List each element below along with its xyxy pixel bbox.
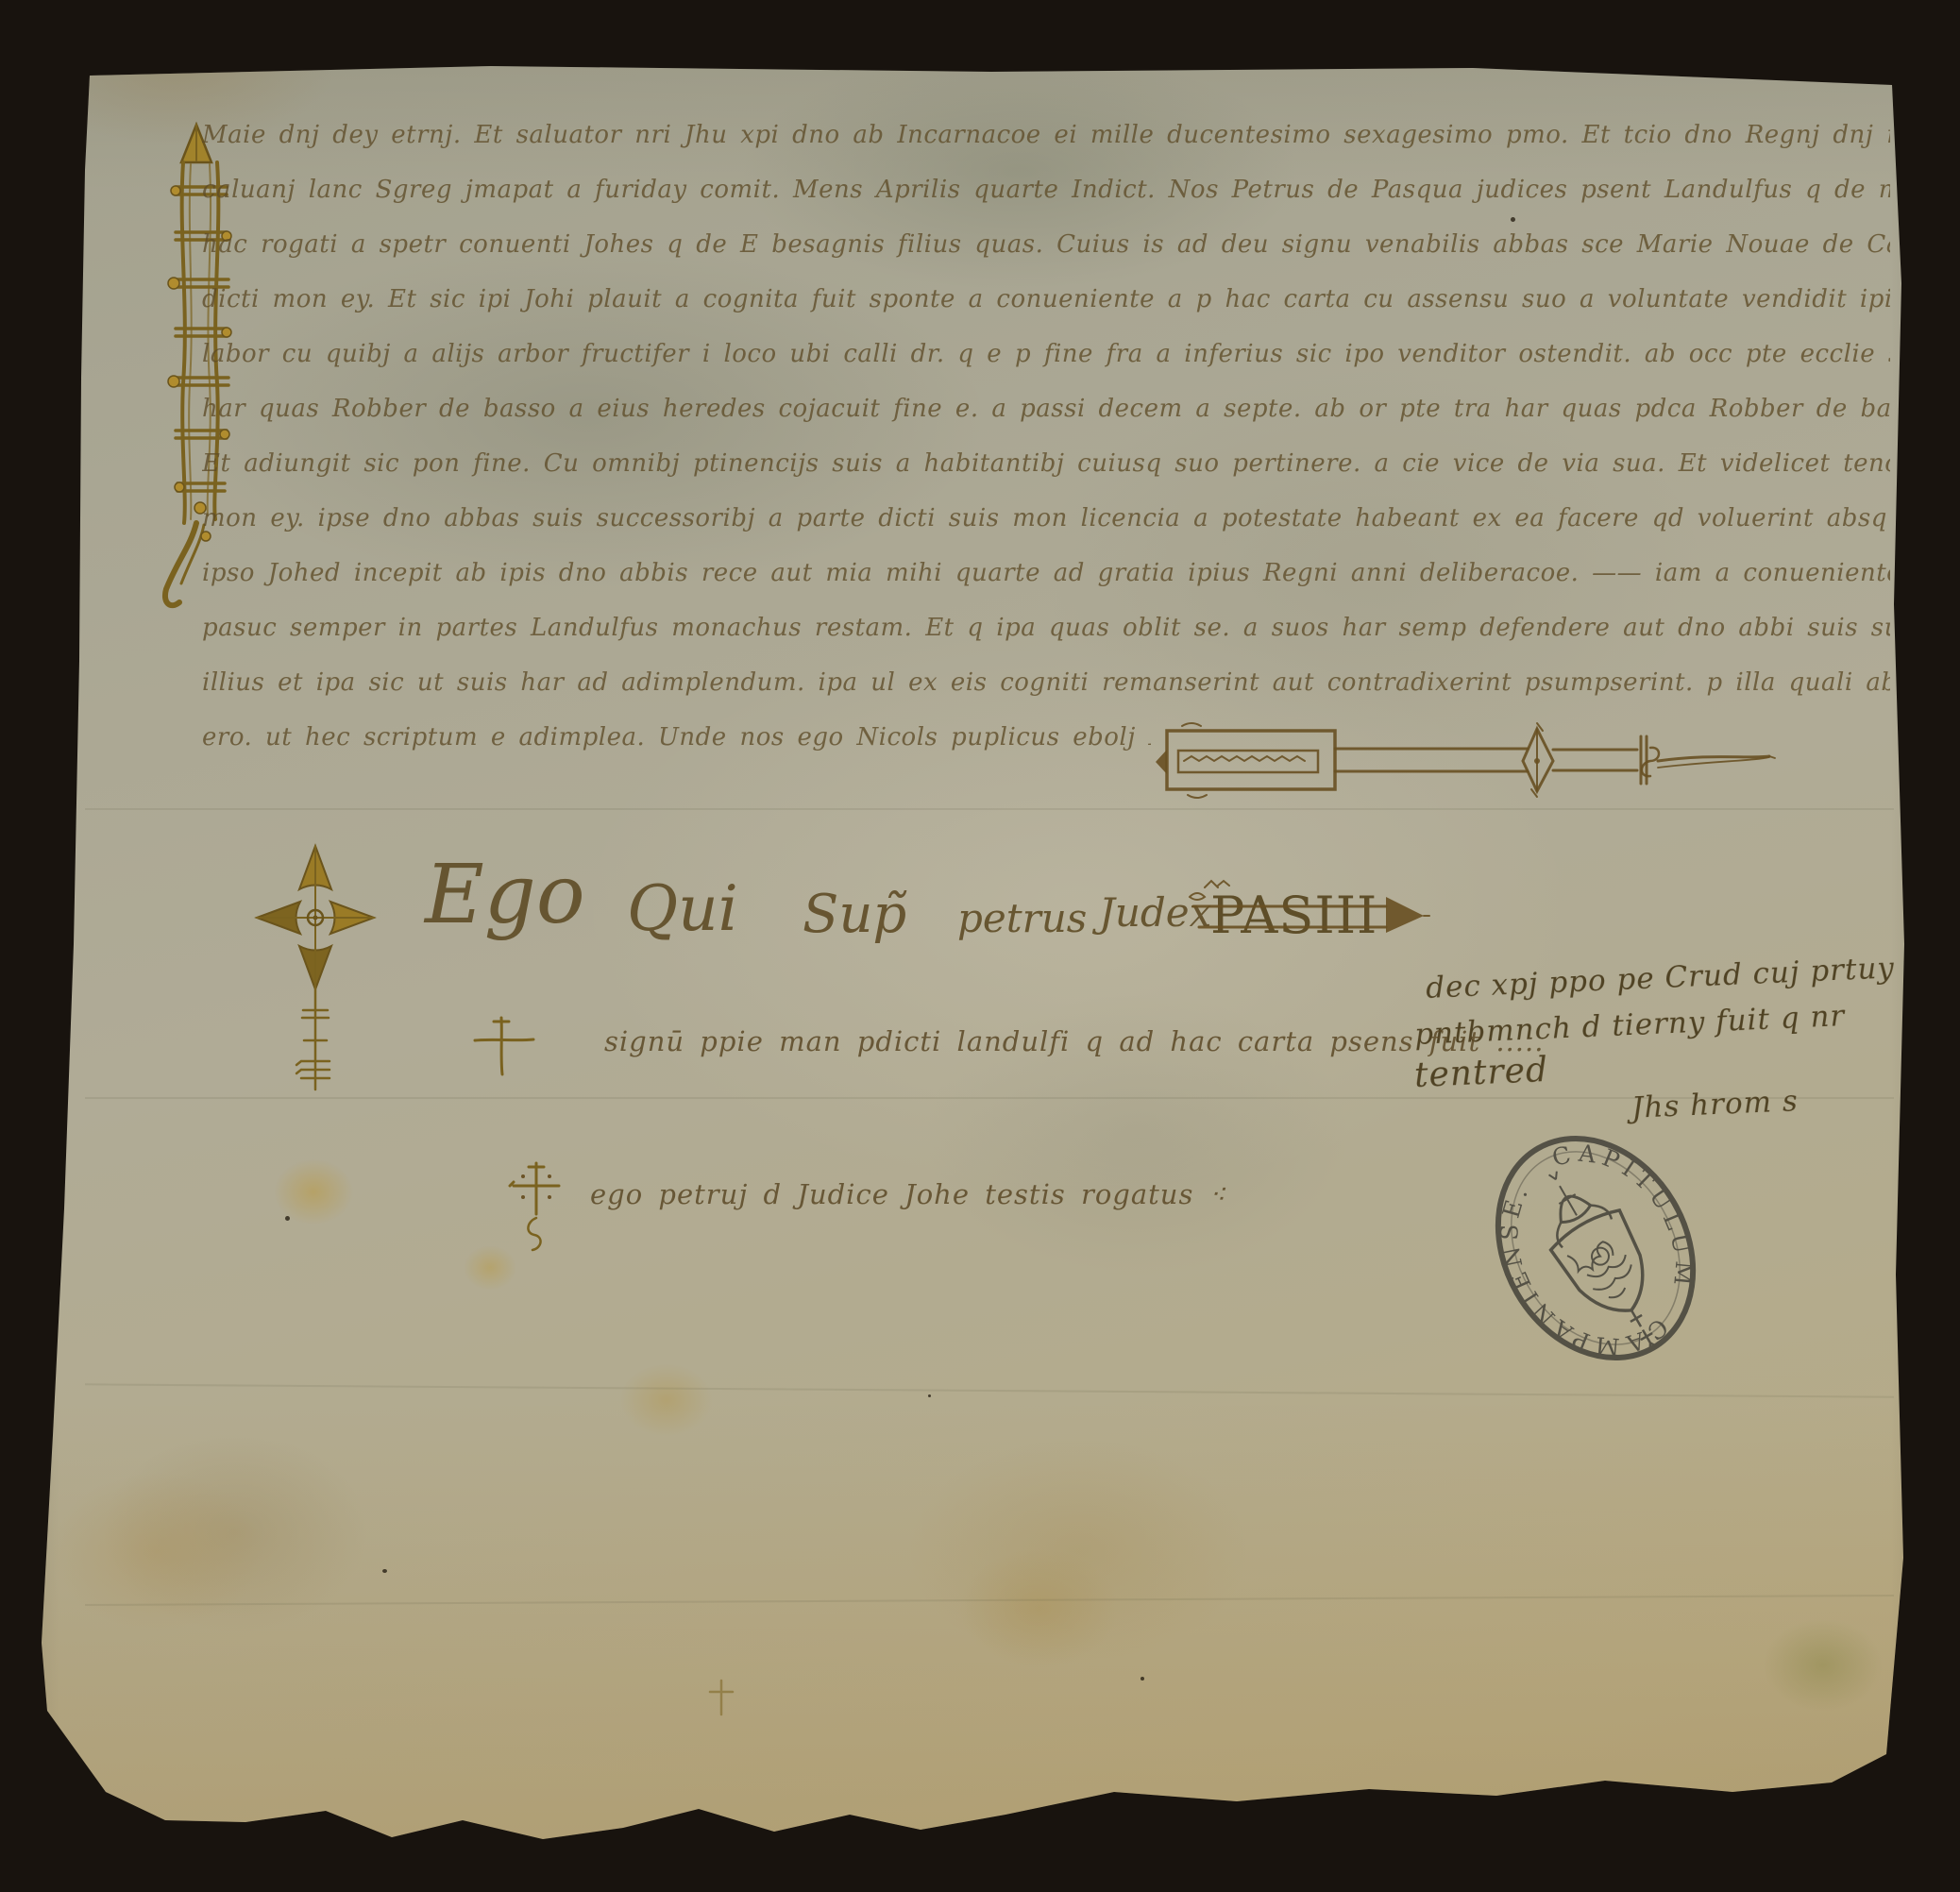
judge-monogram-icon: PASIII (1186, 876, 1431, 952)
subscription-word-qui: Qui (627, 872, 738, 945)
ink-speck (1141, 1677, 1144, 1681)
witness-subscription-line: signū ppie man pdicti landulfi q ad hac … (604, 1025, 1544, 1057)
fold-crease (85, 1383, 1894, 1397)
body-text-line: ero. ut hec scriptum e adimplea. Unde no… (202, 723, 1151, 770)
subscription-word-supra: Sup̃ (803, 884, 906, 945)
witness-cross-icon (467, 1012, 543, 1080)
body-text-line: dicti mon ey. Et sic ipi Johi plauit a c… (202, 285, 1890, 332)
fold-crease (85, 1595, 1894, 1606)
benediction-cross-icon (247, 823, 389, 1106)
photograph-of-parchment-charter: Maie dnj dey etrnj. Et saluator nri Jhu … (0, 0, 1960, 1892)
seal-text-capitulum: CAPITULUM (1543, 1103, 1722, 1322)
ink-speck (382, 1569, 387, 1573)
parchment-sheet: Maie dnj dey etrnj. Et saluator nri Jhu … (0, 0, 1960, 1892)
ink-speck (285, 1216, 290, 1221)
body-text-line: Et adiungit sic pon fine. Cu omnibj ptin… (202, 449, 1890, 497)
archival-note-line: dec xpj ppo pe Crud cuj prtuy (1425, 951, 1895, 1005)
body-text-line: mon ey. ipse dno abbas suis successoribj… (202, 504, 1890, 551)
fold-crease (85, 808, 1894, 810)
witness-subscription-line: ego petruj d Judice Johe testis rogatus … (590, 1178, 1226, 1210)
body-text-line: illius et ipa sic ut suis har ad adimple… (202, 668, 1890, 716)
small-cross-mark-icon (706, 1679, 736, 1718)
notarial-signum-device-icon (1154, 723, 1779, 808)
body-text-line: labor cu quibj a alijs arbor fructifer i… (202, 340, 1890, 387)
body-text-line: Maie dnj dey etrnj. Et saluator nri Jhu … (202, 121, 1890, 168)
monogram-text: PASIII (1210, 886, 1377, 945)
body-text-line: hac rogati a spetr conuenti Johes q de E… (202, 230, 1890, 278)
body-text-line: pasuc semper in partes Landulfus monachu… (202, 614, 1890, 661)
chapter-seal-stamp: CAPITULUM CAMPANIENSE. (1480, 1116, 1716, 1385)
body-text-line: ipso Johed incepit ab ipis dno abbis rec… (202, 559, 1890, 606)
witness-cross-icon (508, 1159, 565, 1259)
svg-text:CAPITULUM: CAPITULUM (1543, 1103, 1722, 1322)
subscription-word-petrus: petrus (957, 895, 1087, 941)
ink-speck (928, 1394, 931, 1397)
body-text-line: har quas Robber de basso a eius heredes … (202, 395, 1890, 442)
body-text-line: caluanj lanc Sgreg jmapat a furiday comi… (202, 176, 1890, 223)
subscription-word-ego: Ego (425, 848, 585, 942)
